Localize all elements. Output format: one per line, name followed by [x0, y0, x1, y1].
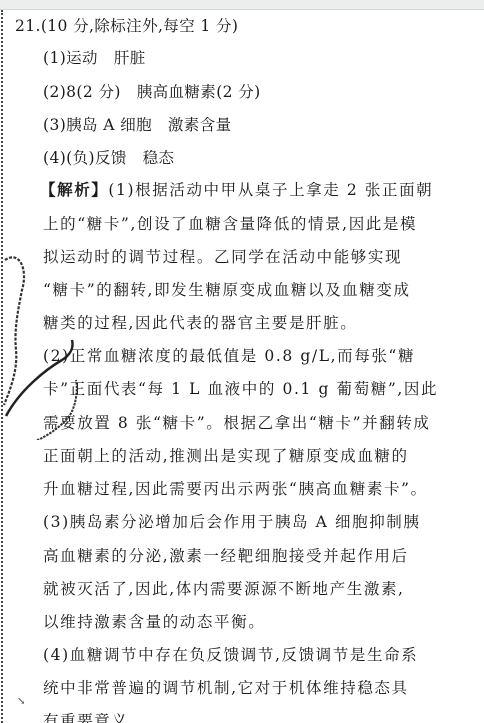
answer-1: (1)运动 肝脏 [43, 48, 146, 68]
answer-2: (2)8(2 分) 胰高血糖素(2 分) [43, 82, 261, 102]
analysis-line-14: 以维持激素含量的动态平衡。 [43, 612, 265, 632]
analysis-line-13: 就被灭活了,因此,体内需要源源不断地产生激素, [43, 579, 405, 599]
margin-mark-icon: ↘ [17, 696, 25, 707]
analysis-line-5: 糖类的过程,因此代表的器官主要是肝脏。 [43, 313, 357, 333]
analysis-line-10: 升血糖过程,因此需要丙出示两张“胰高血糖素卡”。 [43, 479, 428, 499]
answer-4: (4)(负)反馈 稳态 [43, 148, 174, 168]
analysis-line-6: (2)正常血糖浓度的最低值是 0.8 g/L,而每张“糖 [43, 346, 415, 366]
analysis-line-2: 上的“糖卡”,创设了血糖含量降低的情景,因此是模 [43, 214, 417, 234]
analysis-line-1: 【解析】(1)根据活动中甲从桌子上拿走 2 张正面朝 [40, 180, 433, 200]
analysis-line-12: 高血糖素的分泌,激素一经靶细胞接受并起作用后 [43, 546, 409, 566]
analysis-line-11: (3)胰岛素分泌增加后会作用于胰岛 A 细胞抑制胰 [43, 512, 421, 532]
analysis-line-7: 卡”正面代表“每 1 L 血液中的 0.1 g 葡萄糖”,因此 [43, 379, 438, 399]
answer-3: (3)胰岛 A 细胞 激素含量 [43, 115, 232, 135]
analysis-line-8: 需要放置 8 张“糖卡”。根据乙拿出“糖卡”并翻转成 [43, 413, 431, 433]
analysis-line-4: “糖卡”的翻转,即发生糖原变成血糖以及血糖变成 [43, 280, 411, 300]
analysis-line-15: (4)血糖调节中存在负反馈调节,反馈调节是生命系 [43, 645, 418, 665]
analysis-line-3: 拟运动时的调节过程。乙同学在活动中能够实现 [43, 247, 402, 267]
answer-document: 21.(10 分,除标注外,每空 1 分) (1)运动 肝脏 (2)8(2 分)… [0, 0, 484, 723]
analysis-label: 【解析】 [40, 180, 108, 199]
analysis-line-16: 统中非常普遍的调节机制,它对于机体维持稳态具 [43, 678, 409, 698]
question-heading: 21.(10 分,除标注外,每空 1 分) [15, 16, 238, 36]
analysis-text: (1)根据活动中甲从桌子上拿走 2 张正面朝 [108, 181, 433, 199]
analysis-line-9: 正面朝上的活动,推测出是实现了糖原变成血糖的 [43, 446, 409, 466]
analysis-line-17: 有重要意义。 [43, 711, 146, 723]
